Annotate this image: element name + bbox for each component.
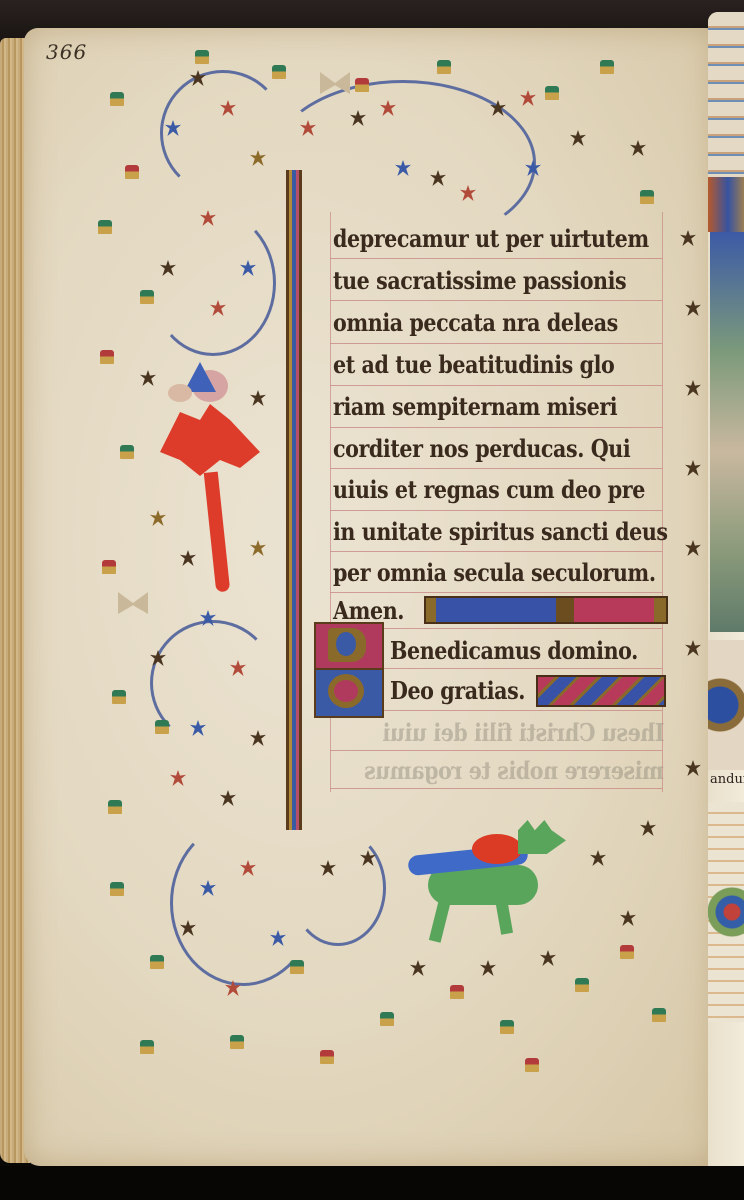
- text-line: tue sacratissime passionis: [333, 266, 626, 295]
- text-line: per omnia secula seculorum.: [333, 558, 656, 587]
- text-line: Deo gratias.: [390, 676, 525, 705]
- beast-saddle: [472, 834, 522, 864]
- gold-tassel: [155, 720, 169, 734]
- grotesque-tail: [204, 472, 230, 593]
- initial-d-core: [334, 680, 358, 702]
- line-filler-bar: [424, 596, 668, 624]
- gold-tassel: [195, 50, 209, 64]
- gold-tassel: [652, 1008, 666, 1022]
- gold-tassel: [290, 960, 304, 974]
- ruling-line: [330, 592, 662, 593]
- gold-tassel: [140, 290, 154, 304]
- gold-tassel: [545, 86, 559, 100]
- facing-initial: [708, 640, 744, 770]
- gold-tassel: [120, 445, 134, 459]
- gold-tassel: [110, 882, 124, 896]
- gold-tassel: [620, 945, 634, 959]
- gold-tassel: [380, 1012, 394, 1026]
- facing-text: andum a: [710, 772, 744, 787]
- gold-tassel: [600, 60, 614, 74]
- gold-tassel: [525, 1058, 539, 1072]
- gold-tassel: [112, 690, 126, 704]
- gold-tassel: [100, 350, 114, 364]
- facing-decorated-bar: [708, 177, 744, 232]
- text-line: corditer nos perducas. Qui: [333, 434, 630, 463]
- background-bottom: [0, 1166, 744, 1200]
- green-beast-grotesque: [408, 810, 578, 950]
- show-through-line: miserere nobis te rogamus: [364, 756, 663, 785]
- ruling-line: [330, 258, 662, 259]
- gold-tassel: [102, 560, 116, 574]
- line-filler-zigzag: [536, 675, 666, 707]
- ruling-line: [330, 750, 662, 751]
- gold-tassel: [500, 1020, 514, 1034]
- ruling-line: [330, 427, 662, 428]
- beast-head: [518, 820, 566, 854]
- illuminated-initial: [308, 618, 384, 716]
- ivy-vine: [150, 210, 276, 356]
- ruling-line: [330, 300, 662, 301]
- facing-page: andum a: [708, 12, 744, 1182]
- gold-tassel: [450, 985, 464, 999]
- gold-tassel: [320, 1050, 334, 1064]
- gold-tassel: [272, 65, 286, 79]
- text-line: omnia peccata nra deleas: [333, 308, 618, 337]
- ivy-vine: [290, 830, 386, 946]
- ruling-line: [330, 468, 662, 469]
- ivy-vine: [160, 70, 286, 196]
- ruling-line: [330, 788, 662, 789]
- text-line: uiuis et regnas cum deo pre: [333, 475, 645, 504]
- ruling-line: [330, 551, 662, 552]
- show-through-line: Ihesu Christi filii dei uiui: [383, 718, 665, 747]
- gold-tassel: [125, 165, 139, 179]
- text-line: et ad tue beatitudinis glo: [333, 350, 614, 379]
- facing-miniature-painting: [710, 232, 744, 632]
- initial-b-spiral: [336, 632, 356, 656]
- text-line: Benedicamus domino.: [390, 636, 638, 665]
- gold-tassel: [98, 220, 112, 234]
- gold-tassel: [110, 92, 124, 106]
- ruling-line: [330, 385, 662, 386]
- ruling-line: [330, 343, 662, 344]
- gold-tassel: [640, 190, 654, 204]
- gold-tassel: [437, 60, 451, 74]
- gold-tassel: [575, 978, 589, 992]
- gold-tassel: [150, 955, 164, 969]
- hybrid-grotesque: [150, 362, 270, 602]
- text-line: riam sempiternam miseri: [333, 392, 617, 421]
- gold-tassel: [108, 800, 122, 814]
- text-line: in unitate spiritus sancti deus: [333, 517, 668, 546]
- folio-number: 366: [46, 40, 87, 64]
- border-bar: [286, 170, 302, 830]
- ruling-line: [330, 510, 662, 511]
- gold-tassel: [355, 78, 369, 92]
- grotesque-face: [168, 384, 192, 402]
- gold-tassel: [140, 1040, 154, 1054]
- gold-tassel: [230, 1035, 244, 1049]
- facing-lower-border: [708, 802, 744, 1022]
